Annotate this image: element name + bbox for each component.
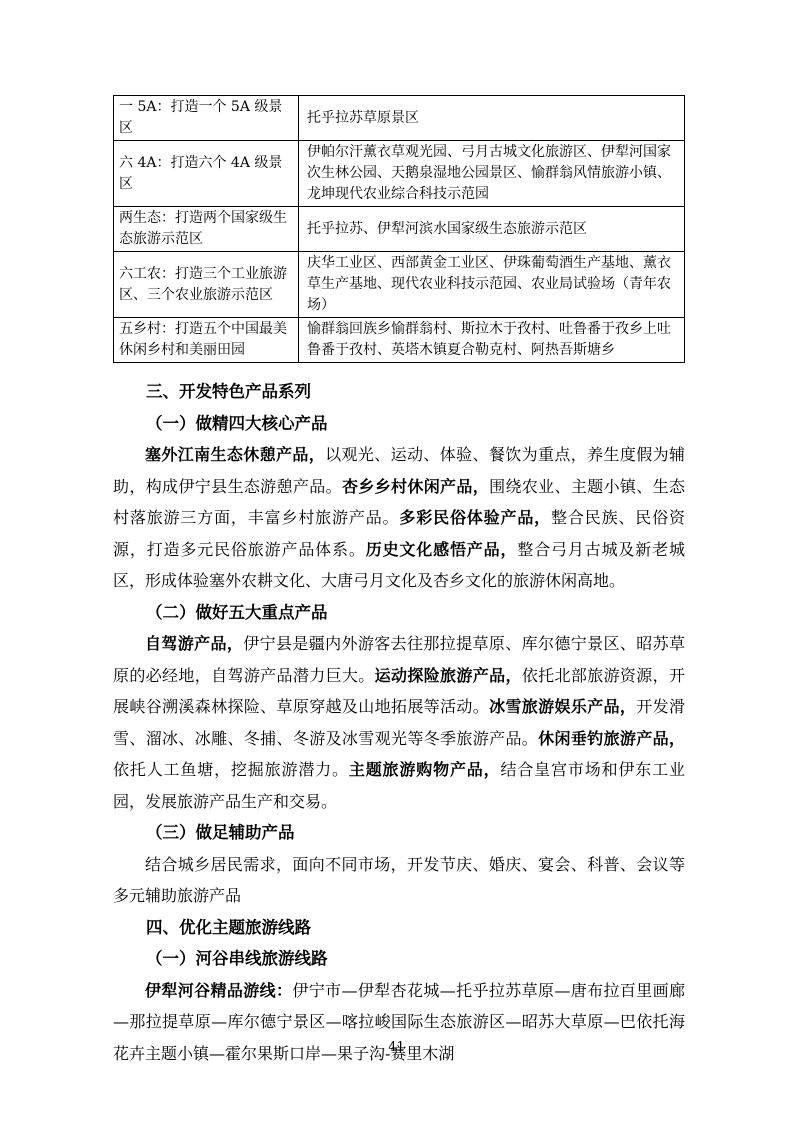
product-name-emphasis: 休闲垂钓旅游产品， (538, 729, 685, 748)
product-name-emphasis: 塞外江南生态休憩产品， (145, 445, 325, 464)
table-row: 六工农：打造三个工业旅游区、三个农业旅游示范区 庆华工业区、西部黄金工业区、伊珠… (114, 252, 685, 318)
table-cell-items: 伊帕尔汗薰衣草观光园、弓月古城文化旅游区、伊犁河国家次生林公园、天鹅泉湿地公园景… (299, 141, 685, 207)
goals-table: 一 5A：打造一个 5A 级景区 托乎拉苏草原景区 六 4A：打造六个 4A 级… (113, 95, 685, 363)
paragraph-key-products: 自驾游产品，伊宁县是疆内外游客去往那拉提草原、库尔德宁景区、昭苏草原的必经地，自… (113, 628, 685, 817)
body-text: 三、开发特色产品系列 （一）做精四大核心产品 塞外江南生态休憩产品，以观光、运动… (113, 376, 685, 1069)
subsection-heading-core-products: （一）做精四大核心产品 (113, 408, 685, 440)
product-name-emphasis: 自驾游产品， (145, 634, 243, 653)
route-name-emphasis: 伊犁河谷精品游线： (145, 981, 292, 1000)
table-cell-category: 五乡村：打造五个中国最美休闲乡村和美丽田园 (114, 318, 299, 363)
paragraph-auxiliary-products: 结合城乡居民需求，面向不同市场，开发节庆、婚庆、宴会、科普、会议等多元辅助旅游产… (113, 849, 685, 912)
section-heading-4: 四、优化主题旅游线路 (113, 912, 685, 944)
table-cell-items: 托乎拉苏、伊犁河滨水国家级生态旅游示范区 (299, 207, 685, 252)
product-name-emphasis: 历史文化感悟产品， (366, 540, 518, 559)
paragraph-run: 依托人工鱼塘，挖掘旅游潜力。 (113, 760, 349, 779)
table-row: 两生态：打造两个国家级生态旅游示范区 托乎拉苏、伊犁河滨水国家级生态旅游示范区 (114, 207, 685, 252)
document-page-content: 一 5A：打造一个 5A 级景区 托乎拉苏草原景区 六 4A：打造六个 4A 级… (113, 95, 685, 1069)
product-name-emphasis: 杏乡乡村休闲产品， (342, 477, 489, 496)
subsection-heading-auxiliary-products: （三）做足辅助产品 (113, 817, 685, 849)
table-row: 五乡村：打造五个中国最美休闲乡村和美丽田园 愉群翁回族乡愉群翁村、斯拉木于孜村、… (114, 318, 685, 363)
table-cell-category: 六工农：打造三个工业旅游区、三个农业旅游示范区 (114, 252, 299, 318)
table-row: 六 4A：打造六个 4A 级景区 伊帕尔汗薰衣草观光园、弓月古城文化旅游区、伊犁… (114, 141, 685, 207)
table-cell-items: 愉群翁回族乡愉群翁村、斯拉木于孜村、吐鲁番于孜乡上吐鲁番于孜村、英塔木镇夏合勒克… (299, 318, 685, 363)
table-cell-category: 一 5A：打造一个 5A 级景区 (114, 96, 299, 141)
table-row: 一 5A：打造一个 5A 级景区 托乎拉苏草原景区 (114, 96, 685, 141)
paragraph-core-products: 塞外江南生态休憩产品，以观光、运动、体验、餐饮为重点，养生度假为辅助，构成伊宁县… (113, 439, 685, 597)
subsection-heading-key-products: （二）做好五大重点产品 (113, 597, 685, 629)
section-heading-3: 三、开发特色产品系列 (113, 376, 685, 408)
table-cell-items: 庆华工业区、西部黄金工业区、伊珠葡萄酒生产基地、薰衣草生产基地、现代农业科技示范… (299, 252, 685, 318)
product-name-emphasis: 多彩民俗体验产品， (399, 508, 551, 527)
product-name-emphasis: 主题旅游购物产品， (349, 760, 501, 779)
page-number: 41 (0, 1040, 793, 1055)
table-cell-category: 六 4A：打造六个 4A 级景区 (114, 141, 299, 207)
table-cell-items: 托乎拉苏草原景区 (299, 96, 685, 141)
product-name-emphasis: 运动探险旅游产品， (375, 666, 522, 685)
product-name-emphasis: 冰雪旅游娱乐产品， (489, 697, 636, 716)
table-cell-category: 两生态：打造两个国家级生态旅游示范区 (114, 207, 299, 252)
subsection-heading-valley-route: （一）河谷串线旅游线路 (113, 943, 685, 975)
